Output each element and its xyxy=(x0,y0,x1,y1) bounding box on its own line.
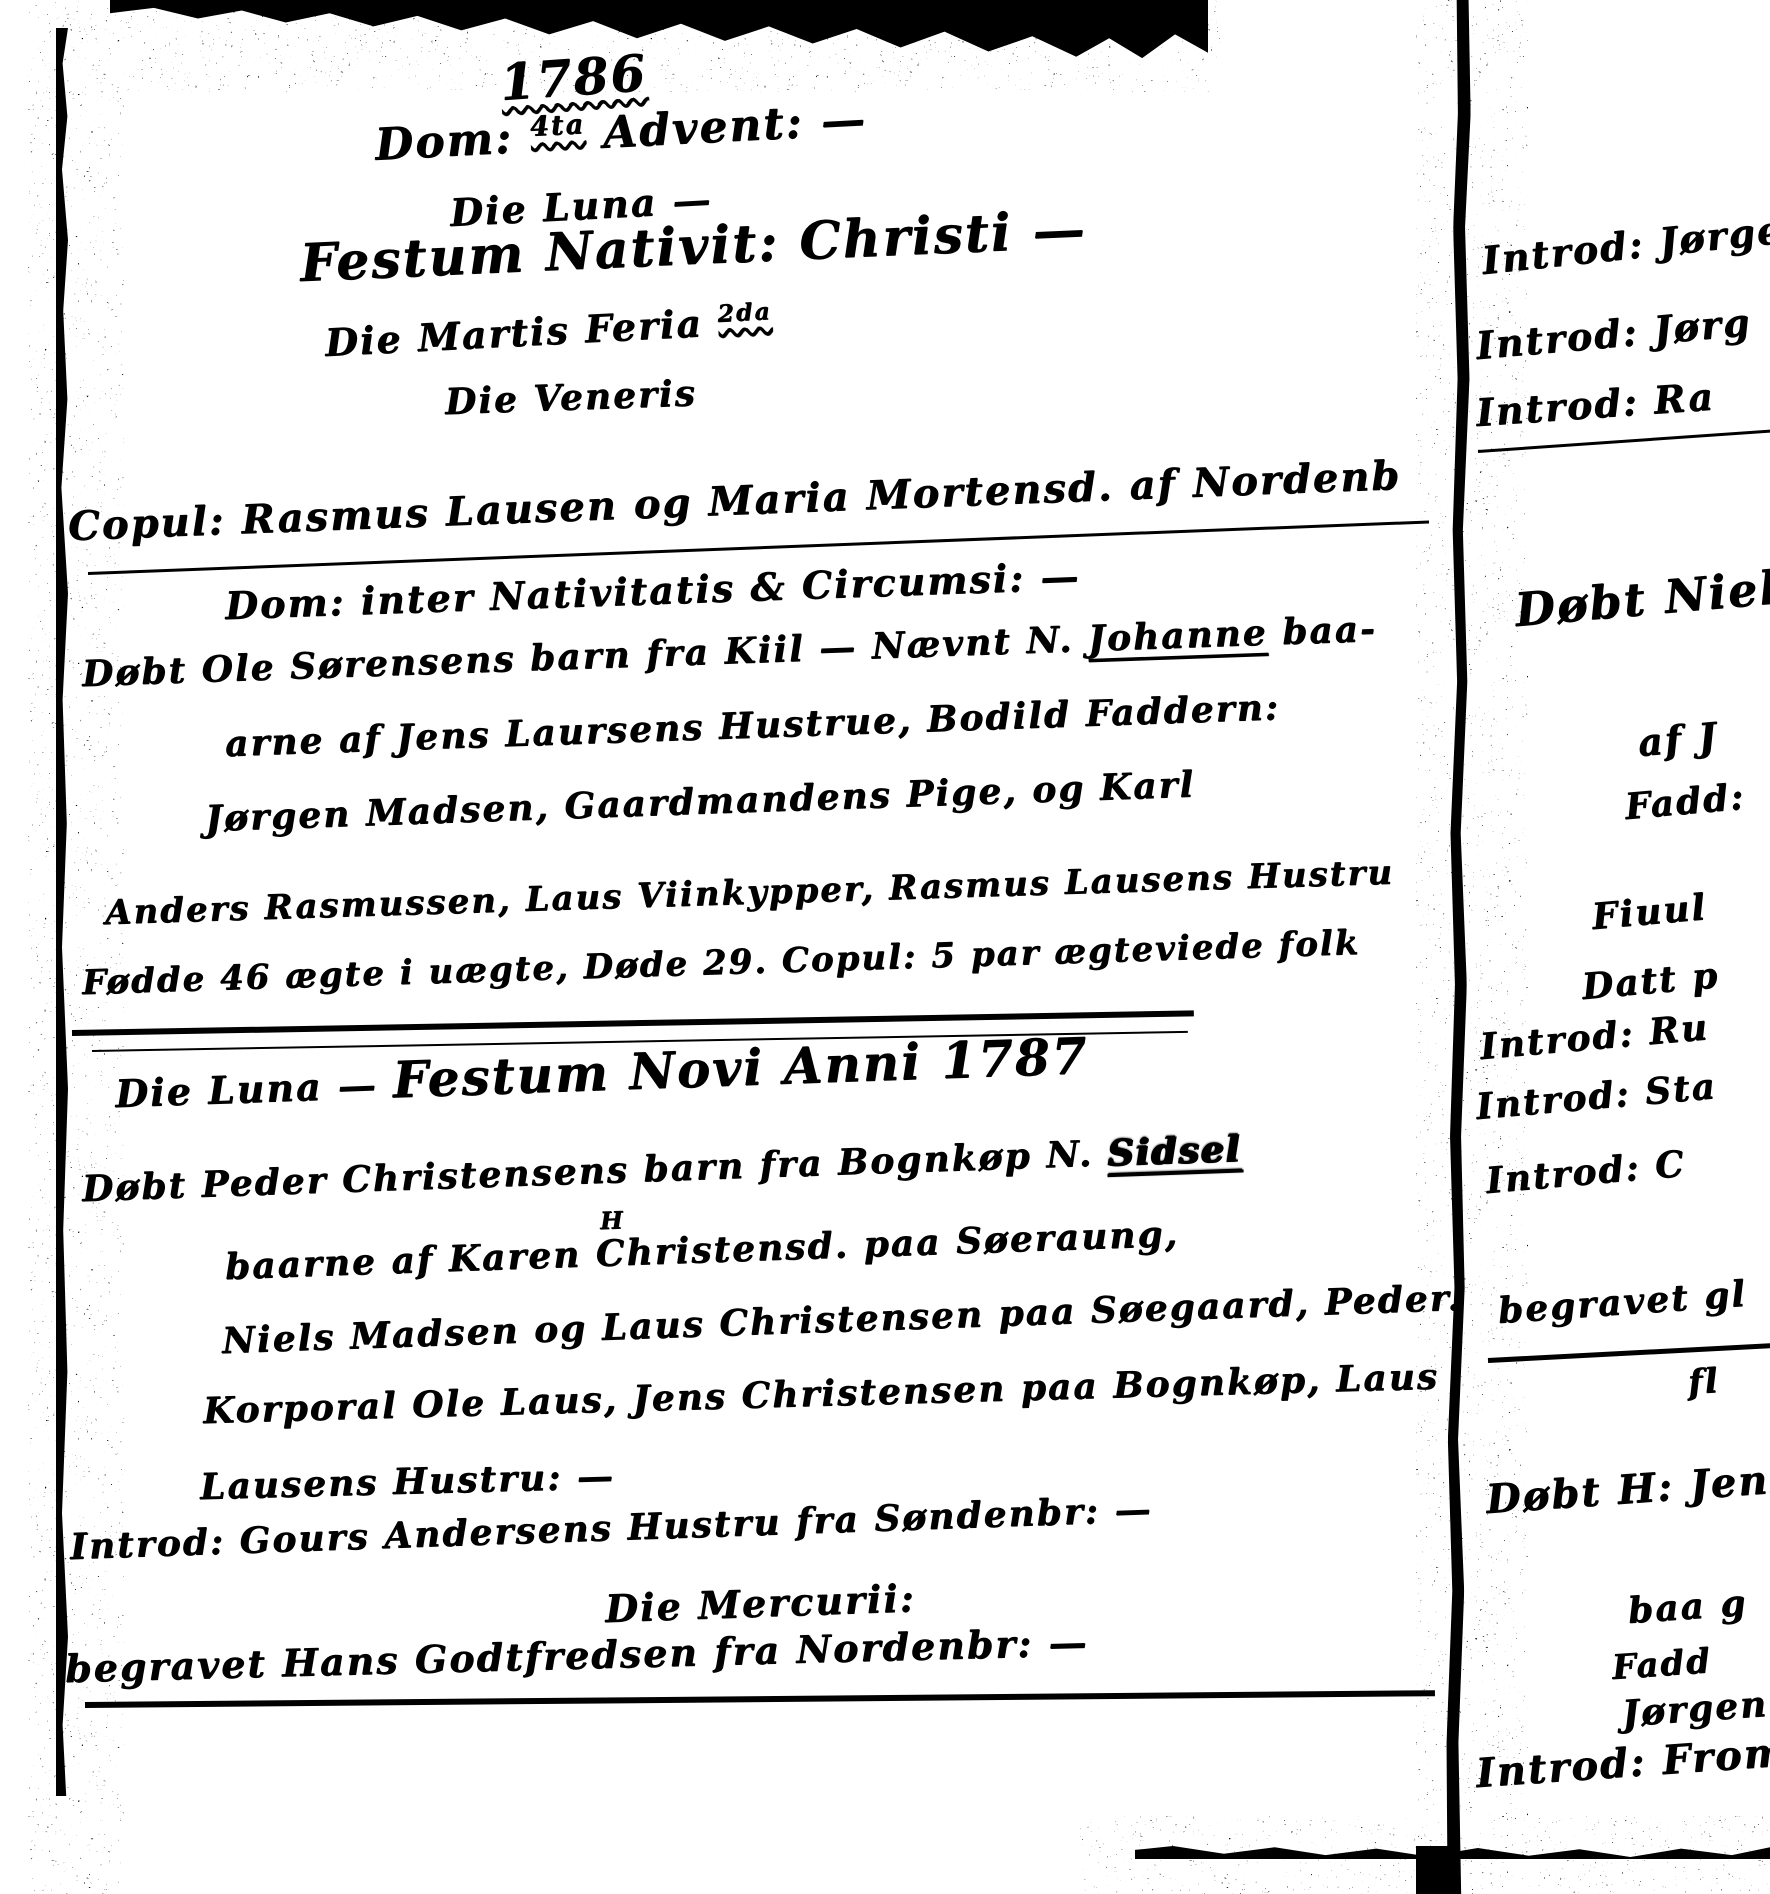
line-text: Dom: xyxy=(374,112,532,171)
manuscript-line: Die Veneris xyxy=(444,374,697,422)
introduction-line: Introd: Sta xyxy=(1474,1067,1718,1127)
manuscript-line: Die Mercurii: xyxy=(604,1577,916,1630)
manuscript-line: Lausens Hustru: — xyxy=(199,1457,615,1507)
manuscript-line: Fadd xyxy=(1611,1643,1713,1687)
right-begravet-underline xyxy=(1488,1343,1770,1363)
manuscript-line: Dom: 4ta Advent: — xyxy=(374,94,868,170)
manuscript-line: baarne af Karen Christensd. paa Søeraung… xyxy=(224,1215,1179,1288)
introduction-line: Introd: Jørg xyxy=(1474,301,1753,367)
line-text: Die Martis Feria xyxy=(324,299,719,365)
blotted-name: Sidsel xyxy=(1107,1128,1242,1175)
caret-insertion: H xyxy=(600,1207,626,1234)
manuscript-line: Datt p xyxy=(1580,956,1720,1007)
line-text: Døbt Peder Christensens barn fra Bognkøp… xyxy=(81,1132,1108,1210)
underlined-name: Johanne xyxy=(1087,612,1268,660)
manuscript-line: Fiuul xyxy=(1590,888,1708,937)
burial-entry-line: begravet gl xyxy=(1497,1275,1749,1332)
manuscript-line: Niels Madsen og Laus Christensen paa Søe… xyxy=(221,1279,1462,1362)
introduction-line: Introd: Ru xyxy=(1478,1008,1710,1067)
right-introd-underline xyxy=(1478,429,1770,453)
festum-novi-anni-text: Festum Novi Anni 1787 xyxy=(392,1026,1090,1109)
manuscript-line: Jørgen Madsen, Gaardmandens Pige, og Kar… xyxy=(204,765,1195,839)
yearly-tally-line: Fødde 46 ægte i uægte, Døde 29. Copul: 5… xyxy=(81,925,1360,1003)
manuscript-line: baa g xyxy=(1627,1584,1749,1632)
scan-edge-top xyxy=(110,0,1208,66)
manuscript-line: arne af Jens Laursens Hustrue, Bodild Fa… xyxy=(224,688,1280,764)
page-end-rule xyxy=(85,1690,1435,1708)
manuscript-line: Die Martis Feria 2da xyxy=(324,299,773,364)
ordinal-superscript: 4ta xyxy=(529,108,586,143)
line-text: Advent: — xyxy=(584,94,868,160)
manuscript-line: Korporal Ole Laus, Jens Christensen paa … xyxy=(202,1357,1439,1431)
manuscript-line: Dom: inter Nativitatis & Circumsi: — xyxy=(224,555,1081,627)
baptism-entry-line: Døbt H: Jens g xyxy=(1484,1453,1770,1522)
introduction-line: Introd: C xyxy=(1484,1145,1687,1202)
line-text: Die Luna — xyxy=(114,1061,393,1116)
manuscript-line: af J xyxy=(1636,715,1720,764)
introduction-line: Introd: From xyxy=(1474,1730,1770,1796)
burial-entry-line: begravet Hans Godtfredsen fra Nordenbr: … xyxy=(64,1621,1089,1690)
introduction-line: Introd: Jørge xyxy=(1480,209,1770,282)
baptism-entry-line: Døbt Peder Christensens barn fra Bognkøp… xyxy=(81,1130,1242,1210)
book-binding-strip xyxy=(1446,0,1471,1894)
ordinal-superscript: 2da xyxy=(717,297,773,328)
marriage-entry-line: Copul: Rasmus Lausen og Maria Mortensd. … xyxy=(67,454,1402,549)
manuscript-line: Fadd: xyxy=(1623,778,1747,828)
introduction-line: Introd: Ra xyxy=(1475,375,1717,433)
baptism-entry-line: Døbt Niels M xyxy=(1513,553,1770,635)
scan-edge-left xyxy=(56,28,68,1796)
line-text: baa- xyxy=(1267,608,1378,654)
year-heading: 1786 xyxy=(498,45,649,110)
line-text: Døbt Ole Sørensens barn fra Kiil — Nævnt… xyxy=(81,618,1088,695)
manuscript-line: Anders Rasmussen, Laus Viinkypper, Rasmu… xyxy=(104,855,1394,933)
manuscript-line: Jørgen xyxy=(1621,1685,1770,1735)
manuscript-scan: 1786 Dom: 4ta Advent: — Die Luna — Festu… xyxy=(0,0,1770,1894)
manuscript-line: fl xyxy=(1687,1363,1721,1403)
